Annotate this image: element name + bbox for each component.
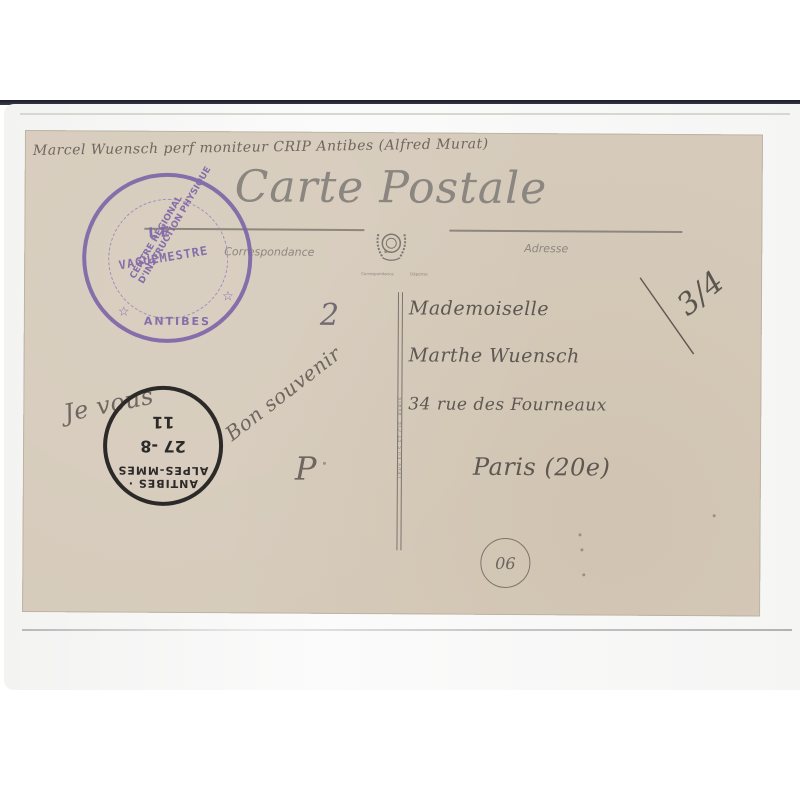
- card-title: Carte Postale: [235, 161, 548, 214]
- star-icon: ☆: [118, 305, 130, 320]
- pencil-stroke: [634, 274, 705, 364]
- handwritten-initial: P: [295, 450, 317, 488]
- handwritten-scrawl-2: Bon souvenir: [221, 342, 346, 446]
- circled-number: 06: [480, 538, 530, 588]
- title-rule-right: [449, 230, 682, 233]
- cachet-line-le: LE: [148, 224, 173, 242]
- sleeve-top-edge: [20, 113, 790, 115]
- emblem-right-caption: Dépense: [410, 271, 428, 276]
- handwritten-header-note: Marcel Wuensch perf moniteur CRIP Antibe…: [33, 136, 489, 159]
- adresse-label: Adresse: [524, 242, 568, 255]
- postmark-ring-text: ANTIBES · ALPES-MMES: [107, 464, 219, 491]
- laurel-emblem-icon: [373, 226, 409, 264]
- handwritten-number-2: 2: [320, 298, 340, 333]
- circled-number-text: 06: [495, 553, 515, 572]
- sleeve-bottom-edge: [22, 629, 792, 631]
- postmark-date: 27 -8: [107, 437, 219, 457]
- violet-military-cachet: CENTRE RÉGIONAL D'INSTRUCTION PHYSIQUE L…: [82, 172, 253, 343]
- postcard: Marcel Wuensch perf moniteur CRIP Antibe…: [22, 130, 763, 616]
- postmark-hour: 11: [107, 413, 219, 433]
- cachet-city: ANTIBES: [144, 315, 211, 328]
- recipient-salutation: Mademoiselle: [409, 297, 549, 320]
- recipient-city: Paris (20e): [473, 453, 611, 482]
- printer-credit: LÉVY FILS ET CIE, PARIS: [398, 387, 405, 487]
- recipient-name: Marthe Wuensch: [409, 344, 580, 367]
- star-icon: ☆: [222, 289, 234, 304]
- antibes-postmark: ANTIBES · ALPES-MMES 27 -8 11: [103, 385, 224, 506]
- emblem-left-caption: Correspondance: [361, 271, 394, 276]
- recipient-street: 34 rue des Fourneaux: [408, 394, 607, 415]
